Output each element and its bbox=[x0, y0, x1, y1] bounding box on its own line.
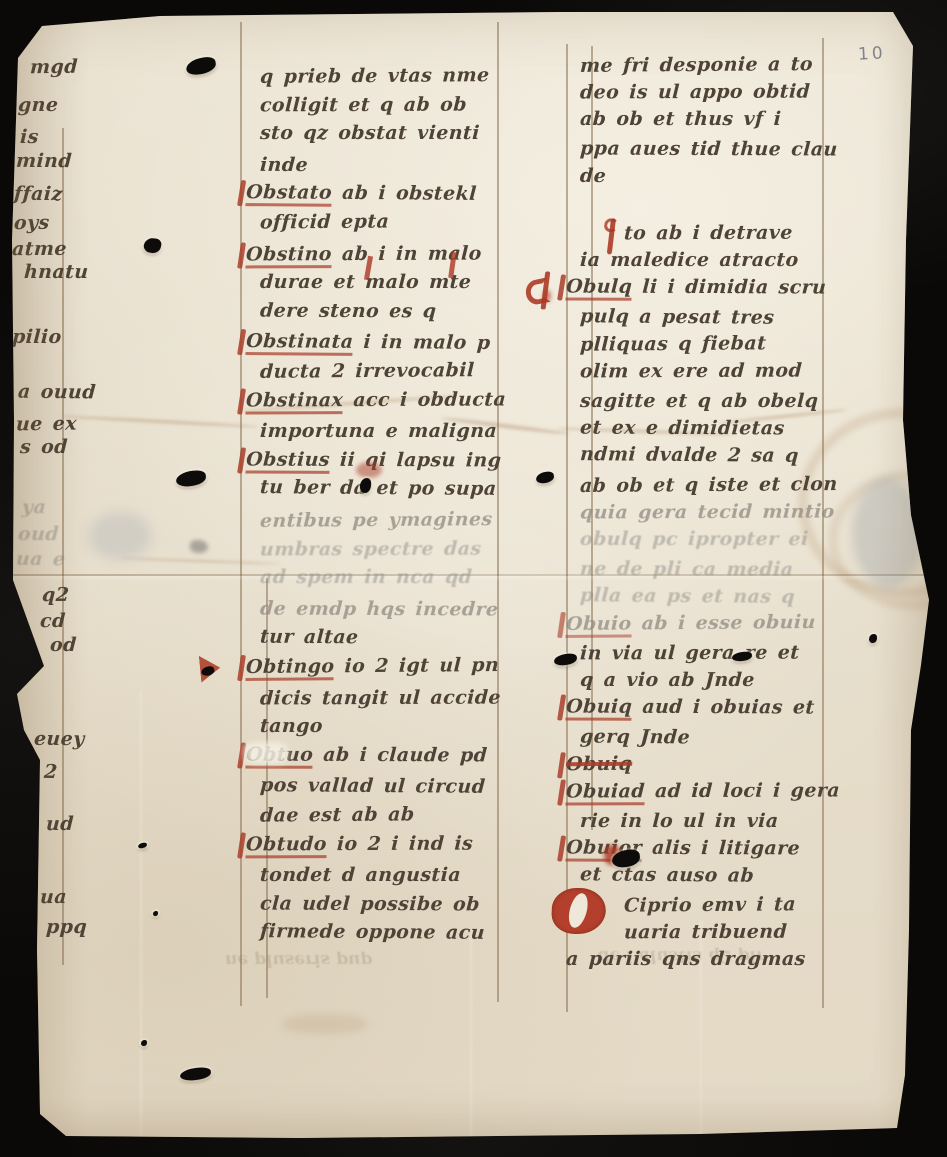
smudge-mark bbox=[190, 540, 208, 553]
text-line: ne de pli ca media bbox=[579, 560, 794, 580]
paper-crease bbox=[140, 690, 142, 1140]
text-line: Obuiad ad id loci i gera bbox=[565, 781, 840, 805]
rubricated-headword: Obuiq bbox=[565, 698, 632, 721]
text-line: Obuiq aud i obuias et bbox=[565, 698, 815, 722]
text-line: tondet d angustia bbox=[260, 866, 462, 885]
edge-vignette bbox=[0, 0, 947, 1157]
fragment-word: ya bbox=[22, 498, 47, 517]
text-line: ppa aues tid thue clau bbox=[579, 140, 838, 160]
text-line: importuna e maligna bbox=[260, 422, 498, 441]
text-line: olim ex ere ad mod bbox=[580, 362, 803, 382]
fragment-word: oys bbox=[14, 214, 50, 233]
text-line: dae est ab ab bbox=[260, 805, 415, 825]
text-line: ndmi dvalde 2 sa q bbox=[579, 445, 799, 466]
rubricated-headword: Obulq bbox=[565, 278, 632, 301]
text-line: de emdp hqs incedre bbox=[259, 599, 498, 619]
fragment-word: od bbox=[50, 636, 78, 655]
text-line: ia maledice atracto bbox=[580, 251, 800, 270]
rubricated-headword: Obstinax bbox=[245, 391, 343, 414]
text-line: ad spem in nca qd bbox=[260, 568, 473, 587]
text-line: officid epta bbox=[260, 213, 390, 233]
text-line: entibus pe ymagines bbox=[260, 510, 493, 531]
text-line: Obstino ab i in malo bbox=[245, 244, 482, 268]
fragment-word: mind bbox=[15, 152, 72, 171]
fragment-word: ue ex bbox=[16, 415, 78, 435]
rubricated-headword: Obtudo bbox=[245, 835, 327, 858]
smudge-mark bbox=[852, 478, 924, 588]
fragment-word: atme bbox=[12, 240, 68, 259]
worm-hole bbox=[535, 471, 554, 484]
illuminated-initial-O bbox=[551, 888, 607, 934]
rubric-paragraph-mark bbox=[199, 653, 222, 683]
ruling-line bbox=[497, 22, 499, 1002]
fragment-word: 2 bbox=[43, 763, 58, 782]
worm-hole bbox=[141, 1040, 147, 1046]
text-line: ab ob et thus vf i bbox=[580, 110, 782, 129]
fragment-word: ua bbox=[40, 888, 68, 907]
fragment-word: ua e bbox=[15, 550, 66, 570]
text-line: colligit et q ab ob bbox=[260, 95, 468, 115]
text-line: ab ob et q iste et clon bbox=[580, 475, 838, 496]
text-line: to ab i detrave bbox=[624, 224, 794, 244]
text-line: tu ber da et po supa bbox=[259, 478, 497, 499]
rubricated-headword: Obstinata bbox=[245, 332, 354, 356]
fragment-word: s od bbox=[20, 438, 69, 457]
fragment-word: q2 bbox=[42, 586, 70, 605]
showthrough-text: ne pluseris pup bbox=[224, 950, 373, 970]
fragment-word: hnatu bbox=[24, 263, 90, 282]
text-line: uaria tribuend bbox=[624, 923, 788, 943]
fragment-word: a ouud bbox=[17, 383, 96, 403]
worm-hole bbox=[869, 634, 877, 643]
text-line: Obuior alis i litigare bbox=[565, 839, 800, 863]
text-line: umbras spectre das bbox=[260, 539, 482, 559]
manuscript-page: mgdgneismindffaizoysatmehnatupilioa ouud… bbox=[0, 0, 947, 1157]
text-line: pos vallad ul circud bbox=[259, 777, 485, 798]
rubricated-headword: Obtingo bbox=[245, 657, 334, 681]
fragment-word: oud bbox=[17, 525, 59, 544]
text-line: Obtingo io 2 igt ul pn bbox=[245, 656, 499, 681]
text-line: plliquas q fiebat bbox=[580, 334, 767, 354]
text-line: obulq pc ipropter ei bbox=[580, 530, 810, 549]
fragment-word: ppq bbox=[46, 918, 88, 937]
fold-crease bbox=[0, 574, 947, 576]
tide-line-stain bbox=[60, 415, 260, 428]
worm-hole bbox=[175, 469, 206, 487]
text-line: Obuio ab i esse obuiu bbox=[565, 613, 816, 638]
fragment-word: cd bbox=[40, 612, 67, 631]
rubricated-headword: Obstius bbox=[245, 450, 330, 473]
text-line: ducta 2 irrevocabil bbox=[260, 361, 475, 382]
text-line: et ex e dimidietas bbox=[579, 419, 785, 439]
text-line: tango bbox=[260, 717, 324, 736]
smudge-mark bbox=[543, 290, 551, 302]
text-line: Obuiq bbox=[566, 755, 633, 775]
text-line: Obstinax acc i obducta bbox=[245, 390, 506, 414]
rubricated-headword: Obuiad bbox=[565, 782, 645, 805]
ruling-line bbox=[566, 44, 568, 1012]
text-line: deo is ul appo obtid bbox=[580, 83, 811, 103]
text-line: firmede oppone acu bbox=[259, 923, 485, 944]
text-line: me fri desponie a to bbox=[580, 55, 814, 76]
fragment-word: euey bbox=[33, 730, 85, 749]
rubricated-headword: Obstino bbox=[245, 245, 332, 268]
smudge-mark bbox=[356, 462, 382, 478]
worm-hole bbox=[143, 236, 163, 254]
text-line: q a vio ab Jnde bbox=[580, 671, 756, 690]
paper-crease bbox=[470, 930, 472, 1140]
text-line: dicis tangit ul accide bbox=[260, 688, 502, 708]
rubricated-headword: Obstato bbox=[245, 184, 332, 208]
fragment-word: ud bbox=[46, 815, 75, 834]
text-line: pulq a pesat tres bbox=[579, 307, 774, 327]
text-line: Obstinata i in malo p bbox=[245, 332, 491, 357]
text-line: Obstato ab i obstekl bbox=[245, 184, 477, 209]
text-line: rie in lo ul in via bbox=[580, 812, 780, 831]
fragment-word: pilio bbox=[11, 328, 62, 347]
smudge-mark bbox=[282, 1014, 368, 1034]
text-line: inde bbox=[259, 156, 308, 175]
photograph-dark-backing: mgdgneismindffaizoysatmehnatupilioa ouud… bbox=[0, 0, 947, 1157]
text-line: sto qz obstat vienti bbox=[260, 124, 481, 143]
rubricated-headword: Obuio bbox=[565, 614, 632, 638]
worm-hole bbox=[185, 56, 217, 77]
text-line: in via ul gera re et bbox=[580, 644, 800, 664]
text-line: et ctas auso ab bbox=[579, 865, 754, 885]
text-line: Ciprio emv i ta bbox=[624, 895, 797, 915]
folio-number: 10 bbox=[857, 43, 886, 64]
worm-hole bbox=[153, 911, 158, 916]
smudge-mark bbox=[88, 512, 152, 560]
text-line: Obulq li i dimidia scru bbox=[565, 278, 826, 302]
fragment-word: mgd bbox=[30, 58, 79, 78]
text-line: cla udel possibe ob bbox=[259, 894, 480, 914]
text-line: Obtudo io 2 i ind is bbox=[245, 834, 473, 858]
text-line: a pariis qns dragmas bbox=[566, 950, 807, 969]
worm-hole bbox=[553, 653, 577, 666]
text-line: q prieb de vtas nme bbox=[260, 66, 490, 87]
text-line: gerq Jnde bbox=[579, 728, 690, 748]
text-line: sagitte et q ab obelq bbox=[580, 392, 819, 411]
fragment-word: is bbox=[20, 128, 40, 147]
fragment-word: ffaiz bbox=[13, 185, 63, 205]
text-line: plla ea ps et nas q bbox=[579, 586, 795, 607]
worm-hole bbox=[180, 1067, 212, 1082]
tide-line-stain bbox=[120, 557, 280, 565]
smudge-mark bbox=[244, 742, 288, 764]
text-line: tur altae bbox=[259, 628, 359, 648]
text-line: de bbox=[579, 167, 606, 186]
text-line: dere steno es q bbox=[259, 301, 436, 321]
text-line: quia gera tecid mintio bbox=[580, 503, 836, 523]
fragment-word: gne bbox=[18, 96, 59, 115]
worm-hole bbox=[138, 842, 148, 848]
